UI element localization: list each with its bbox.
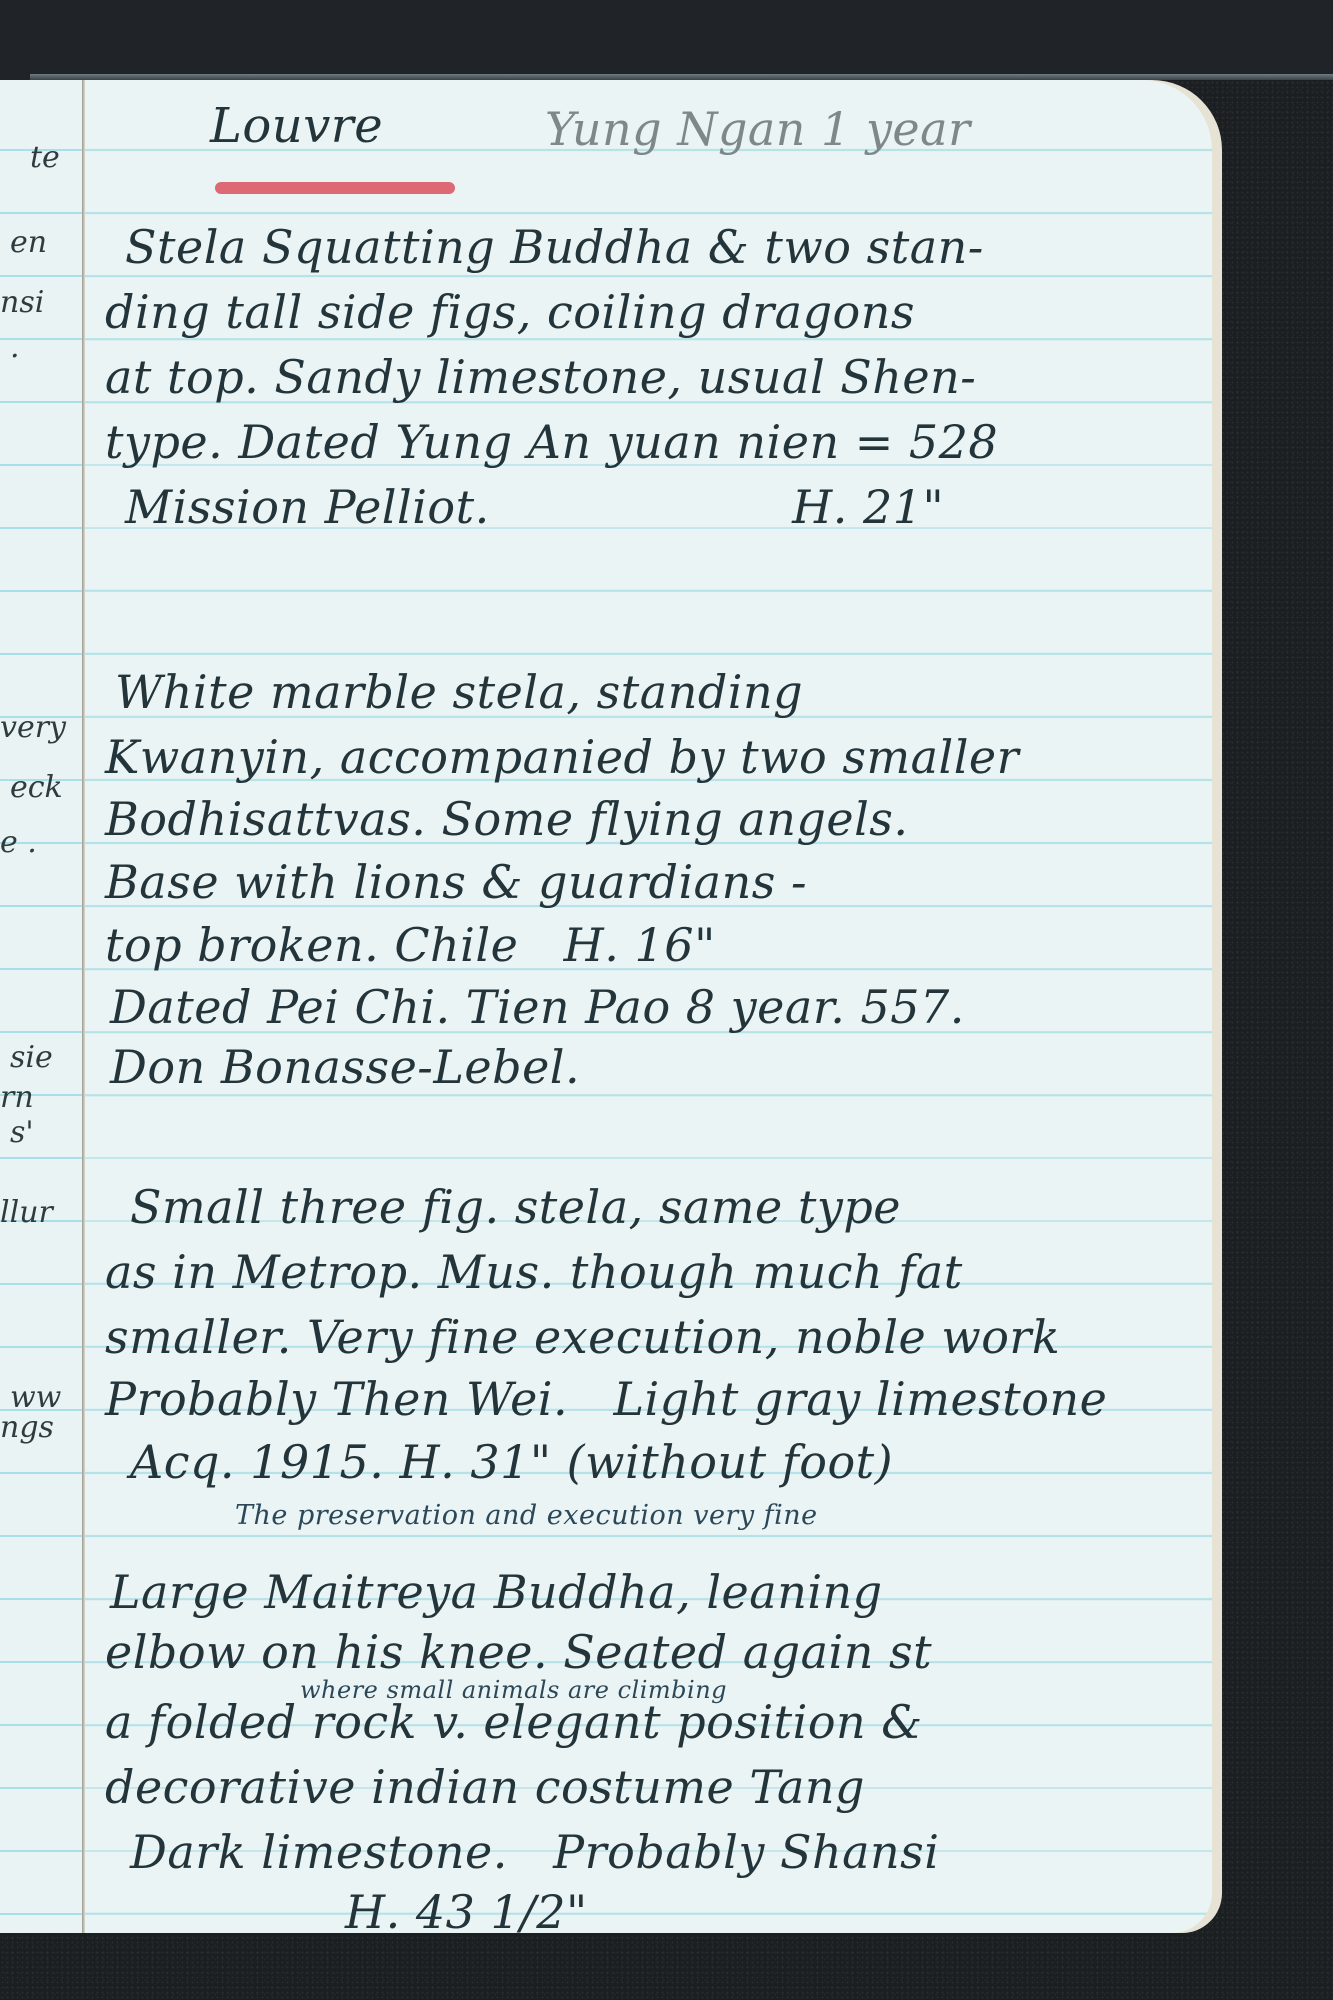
left-page-fragment: te <box>30 140 60 175</box>
entry-line: White marble stela, standing <box>115 665 803 719</box>
entry-line: Don Bonasse-Lebel. <box>110 1040 580 1094</box>
left-page-fragment: nsi <box>0 285 44 320</box>
left-page-fragment: rn <box>0 1080 34 1115</box>
entry-line: as in Metrop. Mus. though much fat <box>105 1245 963 1299</box>
left-page-fragment: very <box>0 710 66 745</box>
entry-line: Small three fig. stela, same type <box>130 1180 901 1234</box>
right-page: Louvre Yung Ngan 1 year Stela Squatting … <box>85 80 1222 1933</box>
entry-line: Dated Pei Chi. Tien Pao 8 year. 557. <box>110 980 965 1034</box>
entry-line: smaller. Very fine execution, noble work <box>105 1310 1060 1364</box>
entry-line: type. Dated Yung An yuan nien = 528 <box>105 415 998 469</box>
left-page-fragment: sie <box>10 1040 53 1075</box>
background-top <box>0 0 1333 80</box>
entry-line: Mission Pelliot. H. 21" <box>125 480 944 534</box>
entry-line: elbow on his knee. Seated again st <box>105 1625 932 1679</box>
insert-note: The preservation and execution very fine <box>235 1500 818 1531</box>
left-page-fragment: en <box>10 225 47 260</box>
red-underline <box>215 182 455 194</box>
left-page-fragment: llur <box>0 1195 53 1230</box>
entry-line: Kwanyin, accompanied by two smaller <box>105 730 1019 784</box>
left-page-fragment: e . <box>0 825 37 860</box>
entry-line: decorative indian costume Tang <box>105 1760 865 1814</box>
entry-line: at top. Sandy limestone, usual Shen- <box>105 350 976 404</box>
entry-line: a folded rock v. elegant position & <box>105 1695 923 1749</box>
entry-line: Probably Then Wei. Light gray limestone <box>105 1372 1107 1426</box>
entry-line: Bodhisattvas. Some flying angels. <box>105 792 909 846</box>
entry-line: Acq. 1915. H. 31" (without foot) <box>130 1435 893 1489</box>
entry-line: Large Maitreya Buddha, leaning <box>110 1565 883 1619</box>
entry-line: Stela Squatting Buddha & two stan- <box>125 220 984 274</box>
left-page-fragment: . <box>10 330 20 365</box>
left-page-fragment: eck <box>10 770 63 805</box>
left-page-fragment: s' <box>10 1115 34 1150</box>
entry-line: Base with lions & guardians - <box>105 855 807 909</box>
left-page: te en nsi . very eck e . sie rn s' llur … <box>0 80 82 1933</box>
left-page-fragment: ngs <box>0 1410 54 1445</box>
heading-location: Louvre <box>210 98 383 154</box>
entry-line: H. 43 1/2" <box>345 1885 588 1939</box>
entry-line: ding tall side figs, coiling dragons <box>105 285 915 339</box>
pencil-note: Yung Ngan 1 year <box>545 102 971 156</box>
entry-line: Dark limestone. Probably Shansi <box>130 1825 939 1879</box>
entry-line: top broken. Chile H. 16" <box>105 918 716 972</box>
